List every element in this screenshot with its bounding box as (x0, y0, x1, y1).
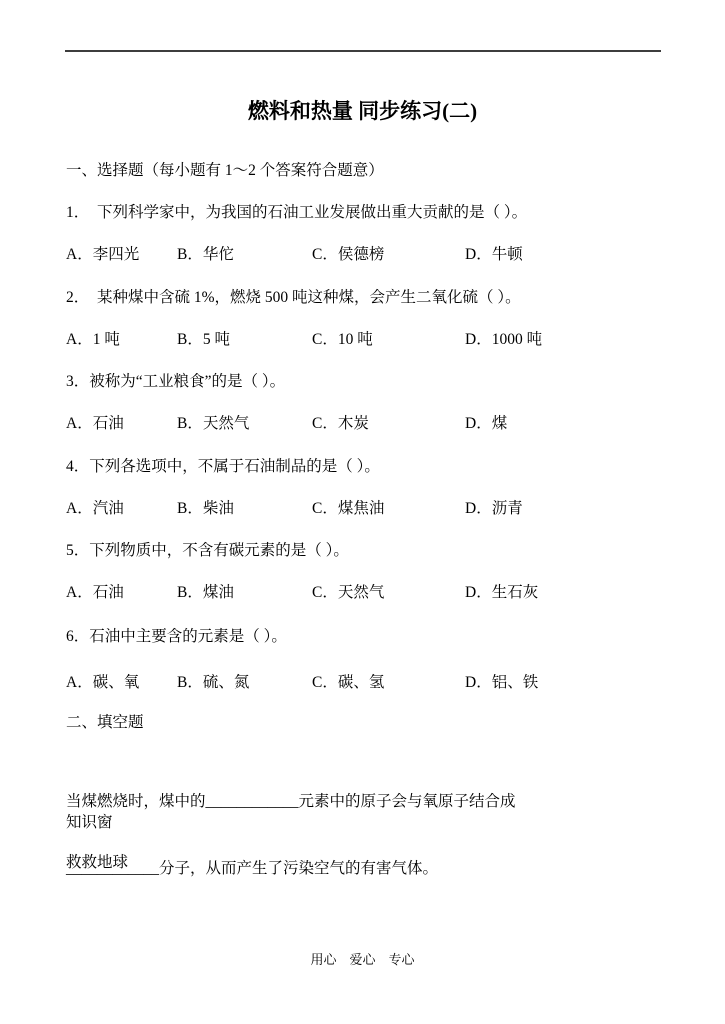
question-5-options: A．石油 B．煤油 C．天然气 D．生石灰 (66, 582, 686, 603)
question-1-options: A．李四光 B．华佗 C．侯德榜 D．牛顿 (66, 244, 686, 265)
question-2-option-a: A．1 吨 (66, 329, 177, 350)
worksheet-page: 燃料和热量 同步练习(二) 一、选择题（每小题有 1～2 个答案符合题意） 1．… (0, 0, 725, 1024)
fill-in-paragraph: 当煤燃烧时，煤中的____________元素中的原子会与氧原子结合成 ____… (66, 747, 666, 923)
question-4-options: A．汽油 B．柴油 C．煤焦油 D．沥青 (66, 498, 686, 519)
question-6-text: 6．石油中主要含的元素是（ ）。 (66, 626, 666, 647)
question-1-option-a: A．李四光 (66, 244, 177, 265)
page-footer: 用心 爱心 专心 (0, 951, 725, 968)
question-3-options: A．石油 B．天然气 C．木炭 D．煤 (66, 413, 686, 434)
knowledge-window-label: 知识窗 (66, 812, 666, 833)
question-4-option-d: D．沥青 (465, 498, 686, 519)
question-3-text: 3．被称为“工业粮食”的是（ ）。 (66, 371, 666, 392)
fill-in-line-1: 当煤燃烧时，煤中的____________元素中的原子会与氧原子结合成 (66, 789, 666, 814)
question-5-option-c: C．天然气 (312, 582, 465, 603)
question-5-option-d: D．生石灰 (465, 582, 686, 603)
question-1-option-c: C．侯德榜 (312, 244, 465, 265)
page-title: 燃料和热量 同步练习(二) (0, 98, 725, 125)
header-rule (65, 50, 661, 52)
question-5-text: 5．下列物质中，不含有碳元素的是（ ）。 (66, 540, 666, 561)
question-6-option-a: A．碳、氧 (66, 672, 177, 693)
question-3-option-d: D．煤 (465, 413, 686, 434)
question-4-option-c: C．煤焦油 (312, 498, 465, 519)
question-4-text: 4．下列各选项中，不属于石油制品的是（ ）。 (66, 456, 666, 477)
section-choice-heading: 一、选择题（每小题有 1～2 个答案符合题意） (66, 160, 666, 181)
question-3-option-c: C．木炭 (312, 413, 465, 434)
question-1-text: 1． 下列科学家中，为我国的石油工业发展做出重大贡献的是（ ）。 (66, 202, 666, 223)
question-6-option-b: B．硫、氮 (177, 672, 312, 693)
question-2-option-b: B．5 吨 (177, 329, 312, 350)
question-2-text: 2． 某种煤中含硫 1%，燃烧 500 吨这种煤，会产生二氧化硫（ ）。 (66, 287, 666, 308)
question-2-option-c: C．10 吨 (312, 329, 465, 350)
question-2-option-d: D．1000 吨 (465, 329, 686, 350)
save-the-earth-label: 救救地球 (66, 852, 666, 873)
section-fill-heading: 二、填空题 (66, 712, 666, 733)
question-4-option-b: B．柴油 (177, 498, 312, 519)
question-1-option-d: D．牛顿 (465, 244, 686, 265)
question-3-option-b: B．天然气 (177, 413, 312, 434)
question-5-option-b: B．煤油 (177, 582, 312, 603)
question-6-option-c: C．碳、氢 (312, 672, 465, 693)
question-6-option-d: D．铝、铁 (465, 672, 686, 693)
question-4-option-a: A．汽油 (66, 498, 177, 519)
question-6-options: A．碳、氧 B．硫、氮 C．碳、氢 D．铝、铁 (66, 672, 686, 693)
question-5-option-a: A．石油 (66, 582, 177, 603)
question-3-option-a: A．石油 (66, 413, 177, 434)
question-1-option-b: B．华佗 (177, 244, 312, 265)
question-2-options: A．1 吨 B．5 吨 C．10 吨 D．1000 吨 (66, 329, 686, 350)
